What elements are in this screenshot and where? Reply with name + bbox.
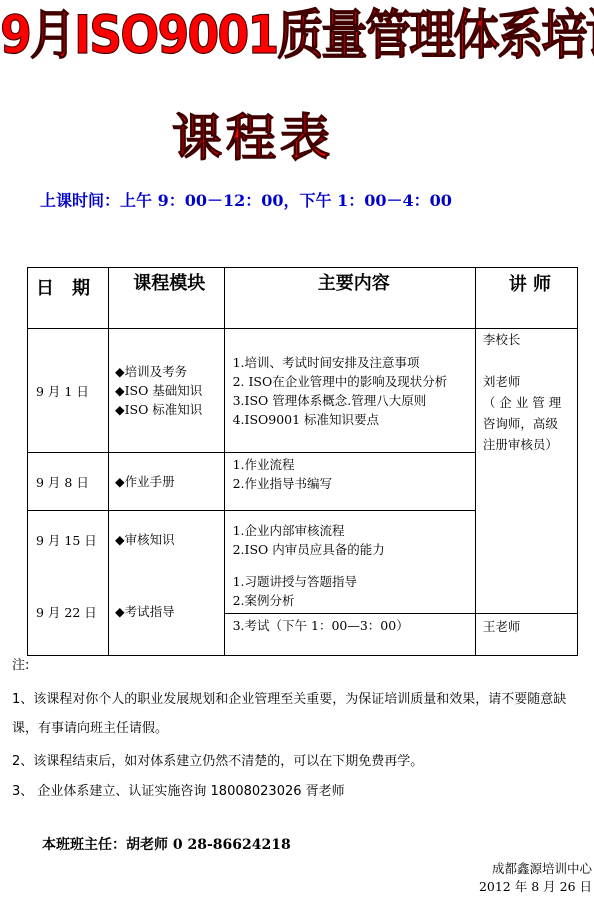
content-item: 3.ISO 管理体系概念.管理八大原则: [233, 391, 475, 410]
content-item: 1.习题讲授与答题指导: [233, 572, 475, 591]
row-date: 9 月 8 日: [28, 453, 109, 511]
content-item: 1.培训、考试时间安排及注意事项: [233, 353, 475, 372]
teacher-name: 李校长: [483, 329, 577, 350]
row-modules: ◆审核知识: [108, 511, 224, 569]
row-contents: 1.企业内部审核流程 2.ISO 内审员应具备的能力: [224, 511, 475, 569]
exam-teacher: 王老师: [475, 614, 577, 656]
class-manager: 本班班主任：胡老师 0 28-86624218: [42, 834, 291, 854]
row-contents: 1.作业流程 2.作业指导书编写: [224, 453, 475, 511]
schedule-table: 日 期 课程模块 主要内容 讲 师 9 月 1 日 ◆培训及考务 ◆ISO 基础…: [27, 267, 578, 656]
teacher-title: （ 企 业 管 理: [483, 392, 577, 413]
schedule-title: 课程表: [172, 110, 334, 166]
teacher-name: 刘老师: [483, 371, 577, 392]
row-date: 9 月 22 日: [28, 569, 109, 656]
notes-label: 注:: [12, 656, 592, 675]
exam-content: 3.考试（下午 1：00—3：00）: [224, 614, 475, 656]
header-teacher: 讲 师: [475, 268, 577, 329]
row-teacher: 李校长 刘老师 （ 企 业 管 理 咨询师，高级 注册审核员）: [475, 329, 577, 614]
row-modules: ◆作业手册: [108, 453, 224, 511]
module-item: ◆ISO 标准知识: [115, 400, 224, 419]
header-content: 主要内容: [224, 268, 475, 329]
header-date: 日 期: [28, 268, 109, 329]
header-module: 课程模块: [108, 268, 224, 329]
teacher-title: 咨询师，高级: [483, 413, 577, 434]
document-title: 9月ISO9001质量管理体系培训: [0, 0, 594, 69]
class-time: 上课时间：上午 9：00－12：00，下午 1：00－4：00: [40, 188, 452, 211]
organization-name: 成都鑫源培训中心: [479, 860, 592, 878]
teacher-title: 注册审核员）: [483, 434, 577, 455]
module-item: ◆培训及考务: [115, 362, 224, 381]
row-modules: ◆培训及考务 ◆ISO 基础知识 ◆ISO 标准知识: [108, 329, 224, 453]
table-row: 9 月 1 日 ◆培训及考务 ◆ISO 基础知识 ◆ISO 标准知识 1.培训、…: [28, 329, 578, 453]
content-item: 4.ISO9001 标准知识要点: [233, 410, 475, 429]
note-item: 1、该课程对你个人的职业发展规划和企业管理至关重要，为保证培训质量和效果，请不要…: [12, 685, 592, 743]
content-item: 1.作业流程: [233, 455, 475, 474]
content-item: 2. ISO在企业管理中的影响及现状分析: [233, 372, 475, 391]
row-contents: 1.培训、考试时间安排及注意事项 2. ISO在企业管理中的影响及现状分析 3.…: [224, 329, 475, 453]
row-date: 9 月 1 日: [28, 329, 109, 453]
table-header-row: 日 期 课程模块 主要内容 讲 师: [28, 268, 578, 329]
issue-date: 2012 年 8 月 26 日: [479, 878, 592, 896]
content-item: 2.ISO 内审员应具备的能力: [233, 540, 475, 559]
signature-block: 成都鑫源培训中心 2012 年 8 月 26 日: [479, 860, 592, 896]
content-item: 1.企业内部审核流程: [233, 521, 475, 540]
note-item: 2、该课程结束后，如对体系建立仍然不清楚的，可以在下期免费再学。: [12, 752, 592, 771]
content-item: 2.案例分析: [233, 591, 475, 610]
note-item: 3、 企业体系建立、认证实施咨询 18008023026 胥老师: [12, 782, 592, 801]
spacer: [483, 350, 577, 371]
notes-section: 注: 1、该课程对你个人的职业发展规划和企业管理至关重要，为保证培训质量和效果，…: [12, 656, 592, 801]
row-contents: 1.习题讲授与答题指导 2.案例分析: [224, 569, 475, 614]
module-item: ◆ISO 基础知识: [115, 381, 224, 400]
row-date: 9 月 15 日: [28, 511, 109, 569]
content-item: 2.作业指导书编写: [233, 474, 475, 493]
row-modules: ◆考试指导: [108, 569, 224, 656]
